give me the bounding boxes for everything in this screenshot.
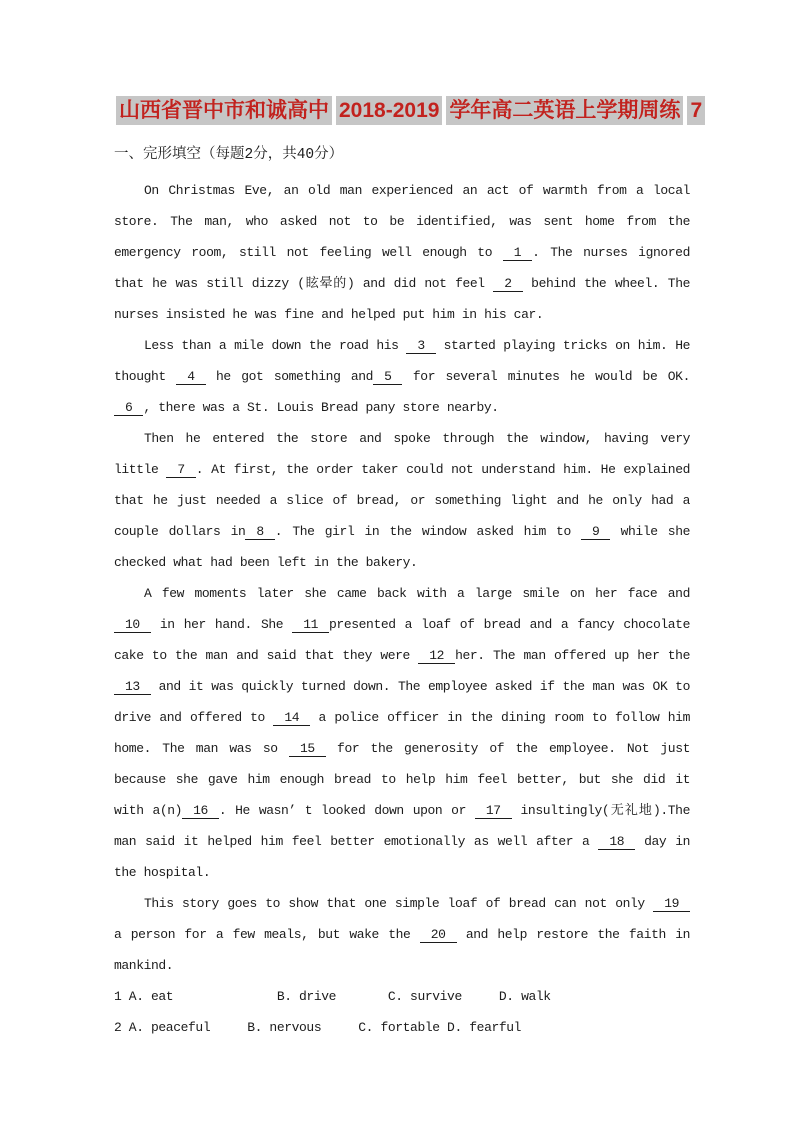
- title-segment-school: 山西省晋中市和诚高中: [116, 96, 332, 125]
- cloze-blank-2: 2: [493, 276, 522, 292]
- document-page: 山西省晋中市和诚高中2018-2019学年高二英语上学期周练7 一、完形填空（每…: [0, 0, 800, 1132]
- passage-paragraph: This story goes to show that one simple …: [114, 888, 690, 981]
- cloze-blank-14: 14: [273, 710, 310, 726]
- cloze-blank-8: 8: [245, 524, 274, 540]
- document-title: 山西省晋中市和诚高中2018-2019学年高二英语上学期周练7: [114, 94, 690, 124]
- passage-paragraph: A few moments later she came back with a…: [114, 578, 690, 888]
- cloze-blank-13: 13: [114, 679, 151, 695]
- passage: On Christmas Eve, an old man experienced…: [114, 175, 690, 981]
- cloze-blank-12: 12: [418, 648, 455, 664]
- cloze-blank-4: 4: [176, 369, 205, 385]
- passage-paragraph: On Christmas Eve, an old man experienced…: [114, 175, 690, 330]
- answer-options: 1 A. eat B. drive C. survive D. walk 2 A…: [114, 981, 690, 1043]
- cloze-blank-5: 5: [373, 369, 402, 385]
- cloze-blank-7: 7: [166, 462, 195, 478]
- title-segment-number: 7: [687, 96, 705, 125]
- passage-paragraph: Then he entered the store and spoke thro…: [114, 423, 690, 578]
- cloze-blank-11: 11: [292, 617, 329, 633]
- cloze-blank-9: 9: [581, 524, 610, 540]
- question-2-options: 2 A. peaceful B. nervous C. fortable D. …: [114, 1012, 690, 1043]
- question-1-options: 1 A. eat B. drive C. survive D. walk: [114, 981, 690, 1012]
- cloze-blank-1: 1: [503, 245, 532, 261]
- cloze-blank-17: 17: [475, 803, 512, 819]
- title-segment-course: 学年高二英语上学期周练: [446, 96, 683, 125]
- cloze-blank-15: 15: [289, 741, 326, 757]
- cloze-blank-19: 19: [653, 896, 690, 912]
- section-heading-cloze: 一、完形填空（每题2分，共40分）: [114, 140, 690, 171]
- cloze-blank-20: 20: [420, 927, 457, 943]
- cloze-blank-10: 10: [114, 617, 151, 633]
- passage-paragraph: Less than a mile down the road his 3 sta…: [114, 330, 690, 423]
- title-segment-year: 2018-2019: [336, 96, 442, 125]
- cloze-blank-3: 3: [406, 338, 435, 354]
- cloze-blank-6: 6: [114, 400, 143, 416]
- cloze-blank-16: 16: [182, 803, 219, 819]
- cloze-blank-18: 18: [598, 834, 635, 850]
